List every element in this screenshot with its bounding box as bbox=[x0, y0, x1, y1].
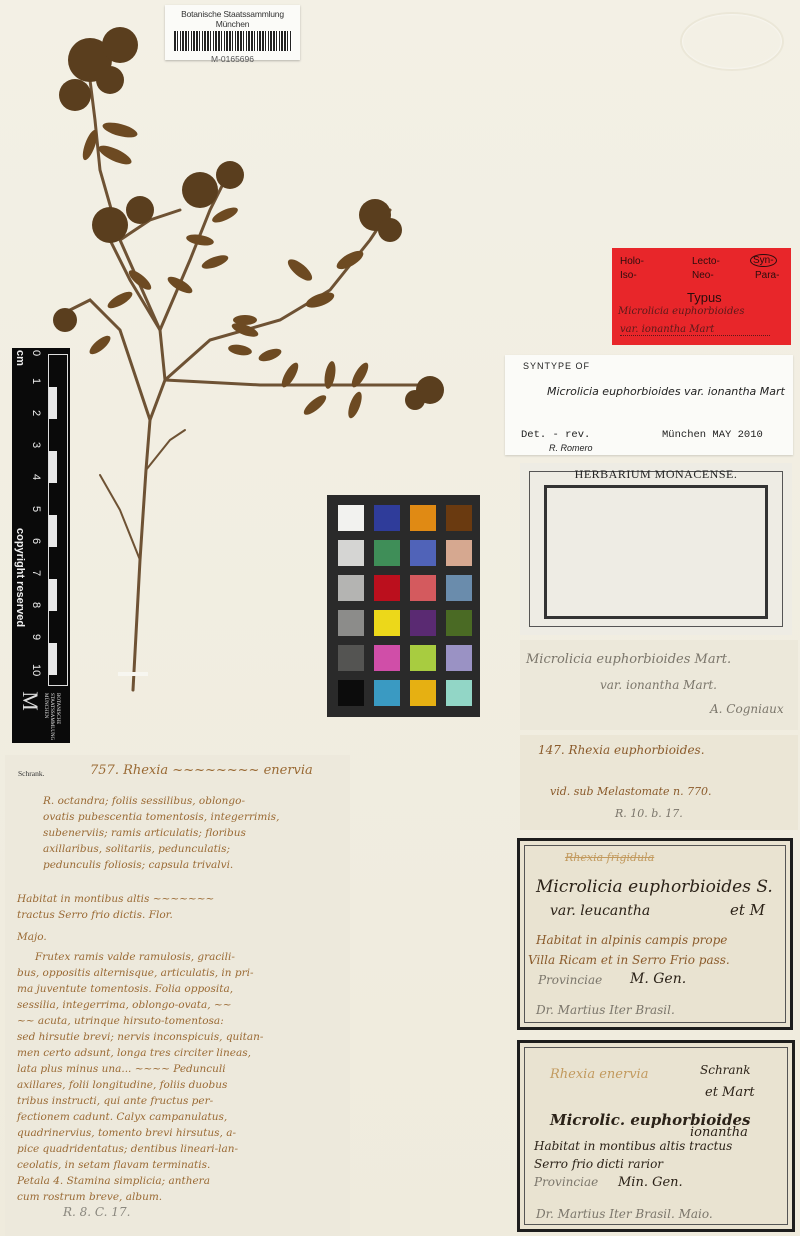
note-line: ma juventute tomentosis. Folia opposita, bbox=[17, 983, 233, 995]
color-swatch bbox=[338, 680, 364, 706]
syntype-taxon: Microlicia euphorbioides var. ionantha M… bbox=[547, 385, 785, 398]
status-lecto: Lecto- bbox=[692, 256, 720, 267]
color-swatch bbox=[446, 645, 472, 671]
habitat-line2: Villa Ricam et in Serro Frio pass. bbox=[528, 953, 730, 967]
color-swatch bbox=[338, 610, 364, 636]
color-swatch bbox=[410, 540, 436, 566]
ruler-tick: 2 bbox=[30, 410, 42, 416]
schrank-description-note: Schrank. 757. Rhexia ~~~~~~~~ enervia R.… bbox=[5, 755, 350, 1236]
province-label: Provinciae bbox=[534, 1175, 598, 1189]
cogniaux-line1: Microlicia euphorbioides Mart. bbox=[526, 652, 731, 667]
author-mart: et Mart bbox=[705, 1085, 755, 1100]
note-line: sessilia, integerrima, oblongo-ovata, ~~ bbox=[17, 999, 232, 1011]
typus-heading: Typus bbox=[687, 290, 722, 305]
institution-name: Botanische Staatssammlung München bbox=[165, 9, 300, 29]
note-line: axillares, folii longitudine, foliis duo… bbox=[17, 1079, 227, 1091]
color-swatch bbox=[338, 645, 364, 671]
bsm-logo-icon: M bbox=[17, 691, 43, 711]
color-swatch bbox=[338, 505, 364, 531]
ruler-tick: 3 bbox=[30, 442, 42, 448]
collector-footer: Dr. Martius Iter Brasil. bbox=[536, 1003, 675, 1017]
author-schrank: Schrank bbox=[700, 1063, 751, 1077]
schrank-reference-label: 147. Rhexia euphorbioides. vid. sub Mela… bbox=[520, 735, 798, 830]
color-swatch bbox=[374, 645, 400, 671]
cogniaux-determination-label: Microlicia euphorbioides Mart. var. iona… bbox=[520, 640, 798, 730]
color-swatch bbox=[374, 540, 400, 566]
status-iso: Iso- bbox=[620, 270, 637, 281]
note-line: tribus instructi, qui ante fructus per- bbox=[17, 1095, 213, 1107]
printed-header: Schrank. bbox=[18, 769, 44, 778]
note-line: ovatis pubescentia tomentosis, integerri… bbox=[43, 811, 279, 823]
color-swatch bbox=[446, 610, 472, 636]
note-line: Habitat in montibus altis ~~~~~~~ bbox=[17, 893, 214, 905]
old-name: Rhexia enervia bbox=[550, 1067, 648, 1082]
ruler-tick: 10 bbox=[30, 664, 42, 676]
ref-line3: R. 10. b. 17. bbox=[615, 807, 683, 820]
ruler-tick: 0 bbox=[30, 350, 42, 356]
martius-label-leucantha: Rhexia frigidula Microlicia euphorbioide… bbox=[517, 838, 793, 1030]
ruler-tick: 4 bbox=[30, 474, 42, 480]
note-line: ~~ acuta, utrinque hirsuto-tomentosa: bbox=[17, 1015, 224, 1027]
barcode-label: Botanische Staatssammlung München M-0165… bbox=[165, 5, 300, 60]
note-line: quadrinervius, tomento brevi hirsutus, a… bbox=[17, 1127, 236, 1139]
province-value: Min. Gen. bbox=[618, 1175, 683, 1190]
type-taxon-line2: var. ionantha Mart bbox=[620, 324, 770, 336]
ruler-unit: cm bbox=[14, 350, 26, 366]
logo-institution: BOTANISCHESTAATSSAMMLUNGMÜNCHEN bbox=[42, 693, 60, 740]
ruler-track bbox=[48, 354, 68, 686]
note-line: subenerviis; ramis articulatis; floribus bbox=[43, 827, 246, 839]
note-line: axillaribus, solitariis, pedunculatis; bbox=[43, 843, 230, 855]
ruler-tick: 5 bbox=[30, 506, 42, 512]
ruler-tick: 8 bbox=[30, 602, 42, 608]
scale-ruler: 0 1 2 3 4 5 6 7 8 9 10 cm copyright rese… bbox=[12, 348, 70, 743]
note-line: ceolatis, in setam flavam terminatis. bbox=[17, 1159, 210, 1171]
note-line: sed hirsutie brevi; nervis inconspicuis,… bbox=[17, 1031, 263, 1043]
color-swatch bbox=[410, 575, 436, 601]
note-line: pedunculis foliosis; capsula trivalvi. bbox=[43, 859, 233, 871]
note-line: men certo adsunt, longa tres circiter li… bbox=[17, 1047, 251, 1059]
color-swatch bbox=[374, 680, 400, 706]
color-swatch bbox=[338, 540, 364, 566]
color-checker bbox=[327, 495, 480, 717]
cogniaux-signature: A. Cogniaux bbox=[710, 702, 784, 716]
variety-name: ionantha bbox=[690, 1125, 748, 1140]
note-line: bus, oppositis alternisque, articulatis,… bbox=[17, 967, 254, 979]
note-line: fectionem cadunt. Calyx campanulatus, bbox=[17, 1111, 227, 1123]
cogniaux-line2: var. ionantha Mart. bbox=[600, 678, 717, 692]
ref-line1: 147. Rhexia euphorbioides. bbox=[538, 743, 705, 757]
embossed-stamp bbox=[680, 12, 784, 71]
place-date: München MAY 2010 bbox=[662, 429, 763, 441]
color-swatch bbox=[374, 575, 400, 601]
ruler-tick: 9 bbox=[30, 634, 42, 640]
color-swatch bbox=[446, 575, 472, 601]
status-holo: Holo- bbox=[620, 256, 644, 267]
variety-name: var. leucantha bbox=[550, 903, 650, 919]
province-label: Provinciae bbox=[538, 973, 602, 987]
blank-label-frame bbox=[544, 485, 768, 619]
author-abbr: et M bbox=[730, 901, 765, 919]
taxon-name: Microlicia euphorbioides S. bbox=[536, 877, 773, 897]
habitat-line1: Habitat in montibus altis tractus bbox=[534, 1139, 732, 1153]
color-swatch bbox=[410, 610, 436, 636]
syntype-annotation-label: SYNTYPE OF Microlicia euphorbioides var.… bbox=[505, 355, 793, 455]
martius-label-ionantha: Rhexia enervia Schrank et Mart Microlic.… bbox=[517, 1040, 795, 1232]
color-swatch bbox=[410, 680, 436, 706]
ruler-tick: 7 bbox=[30, 570, 42, 576]
type-taxon-line1: Microlicia euphorbioides bbox=[618, 306, 744, 317]
color-swatch bbox=[374, 610, 400, 636]
ruler-tick: 6 bbox=[30, 538, 42, 544]
note-line: Petala 4. Stamina simplicia; anthera bbox=[17, 1175, 210, 1187]
color-swatch bbox=[410, 645, 436, 671]
note-line: tractus Serro frio dictis. Flor. bbox=[17, 909, 173, 921]
struck-name: Rhexia frigidula bbox=[565, 851, 654, 864]
color-swatch bbox=[446, 505, 472, 531]
status-para: Para- bbox=[755, 270, 779, 281]
status-syn-selected: Syn- bbox=[750, 254, 777, 267]
note-line: Frutex ramis valde ramulosis, gracili- bbox=[35, 951, 235, 963]
note-title: 757. Rhexia ~~~~~~~~ enervia bbox=[90, 763, 313, 778]
herbarium-monacense-label: HERBARIUM MONACENSE. bbox=[520, 463, 792, 635]
habitat-line1: Habitat in alpinis campis prope bbox=[536, 933, 727, 947]
province-value: M. Gen. bbox=[630, 971, 686, 987]
note-line: Majo. bbox=[17, 931, 47, 943]
herbarium-title: HERBARIUM MONACENSE. bbox=[520, 467, 792, 482]
syntype-heading: SYNTYPE OF bbox=[523, 361, 590, 371]
ruler-tick: 1 bbox=[30, 378, 42, 384]
color-swatch bbox=[446, 680, 472, 706]
color-swatch bbox=[338, 575, 364, 601]
status-neo: Neo- bbox=[692, 270, 714, 281]
note-line: cum rostrum breve, album. bbox=[17, 1191, 162, 1203]
color-swatch bbox=[410, 505, 436, 531]
note-line: lata plus minus una... ~~~~ Pedunculi bbox=[17, 1063, 226, 1075]
type-status-label: Holo- Iso- Lecto- Neo- Syn- Para- Typus … bbox=[612, 248, 791, 345]
det-rev-text: Det. - rev. bbox=[521, 429, 590, 441]
note-line: pice quadridentatus; dentibus lineari-la… bbox=[17, 1143, 238, 1155]
color-swatch bbox=[374, 505, 400, 531]
collector-footer: Dr. Martius Iter Brasil. Maio. bbox=[536, 1207, 713, 1221]
note-footer: R. 8. C. 17. bbox=[63, 1205, 130, 1219]
ref-line2: vid. sub Melastomate n. 770. bbox=[550, 785, 712, 798]
copyright-text: copyright reserved bbox=[14, 528, 26, 627]
specimen-id: M-0165696 bbox=[165, 54, 300, 64]
habitat-line2: Serro frio dicti rarior bbox=[534, 1157, 663, 1171]
determiner-name: R. Romero bbox=[549, 443, 593, 453]
barcode bbox=[174, 31, 292, 51]
color-swatch bbox=[446, 540, 472, 566]
note-line: R. octandra; foliis sessilibus, oblongo- bbox=[43, 795, 245, 807]
